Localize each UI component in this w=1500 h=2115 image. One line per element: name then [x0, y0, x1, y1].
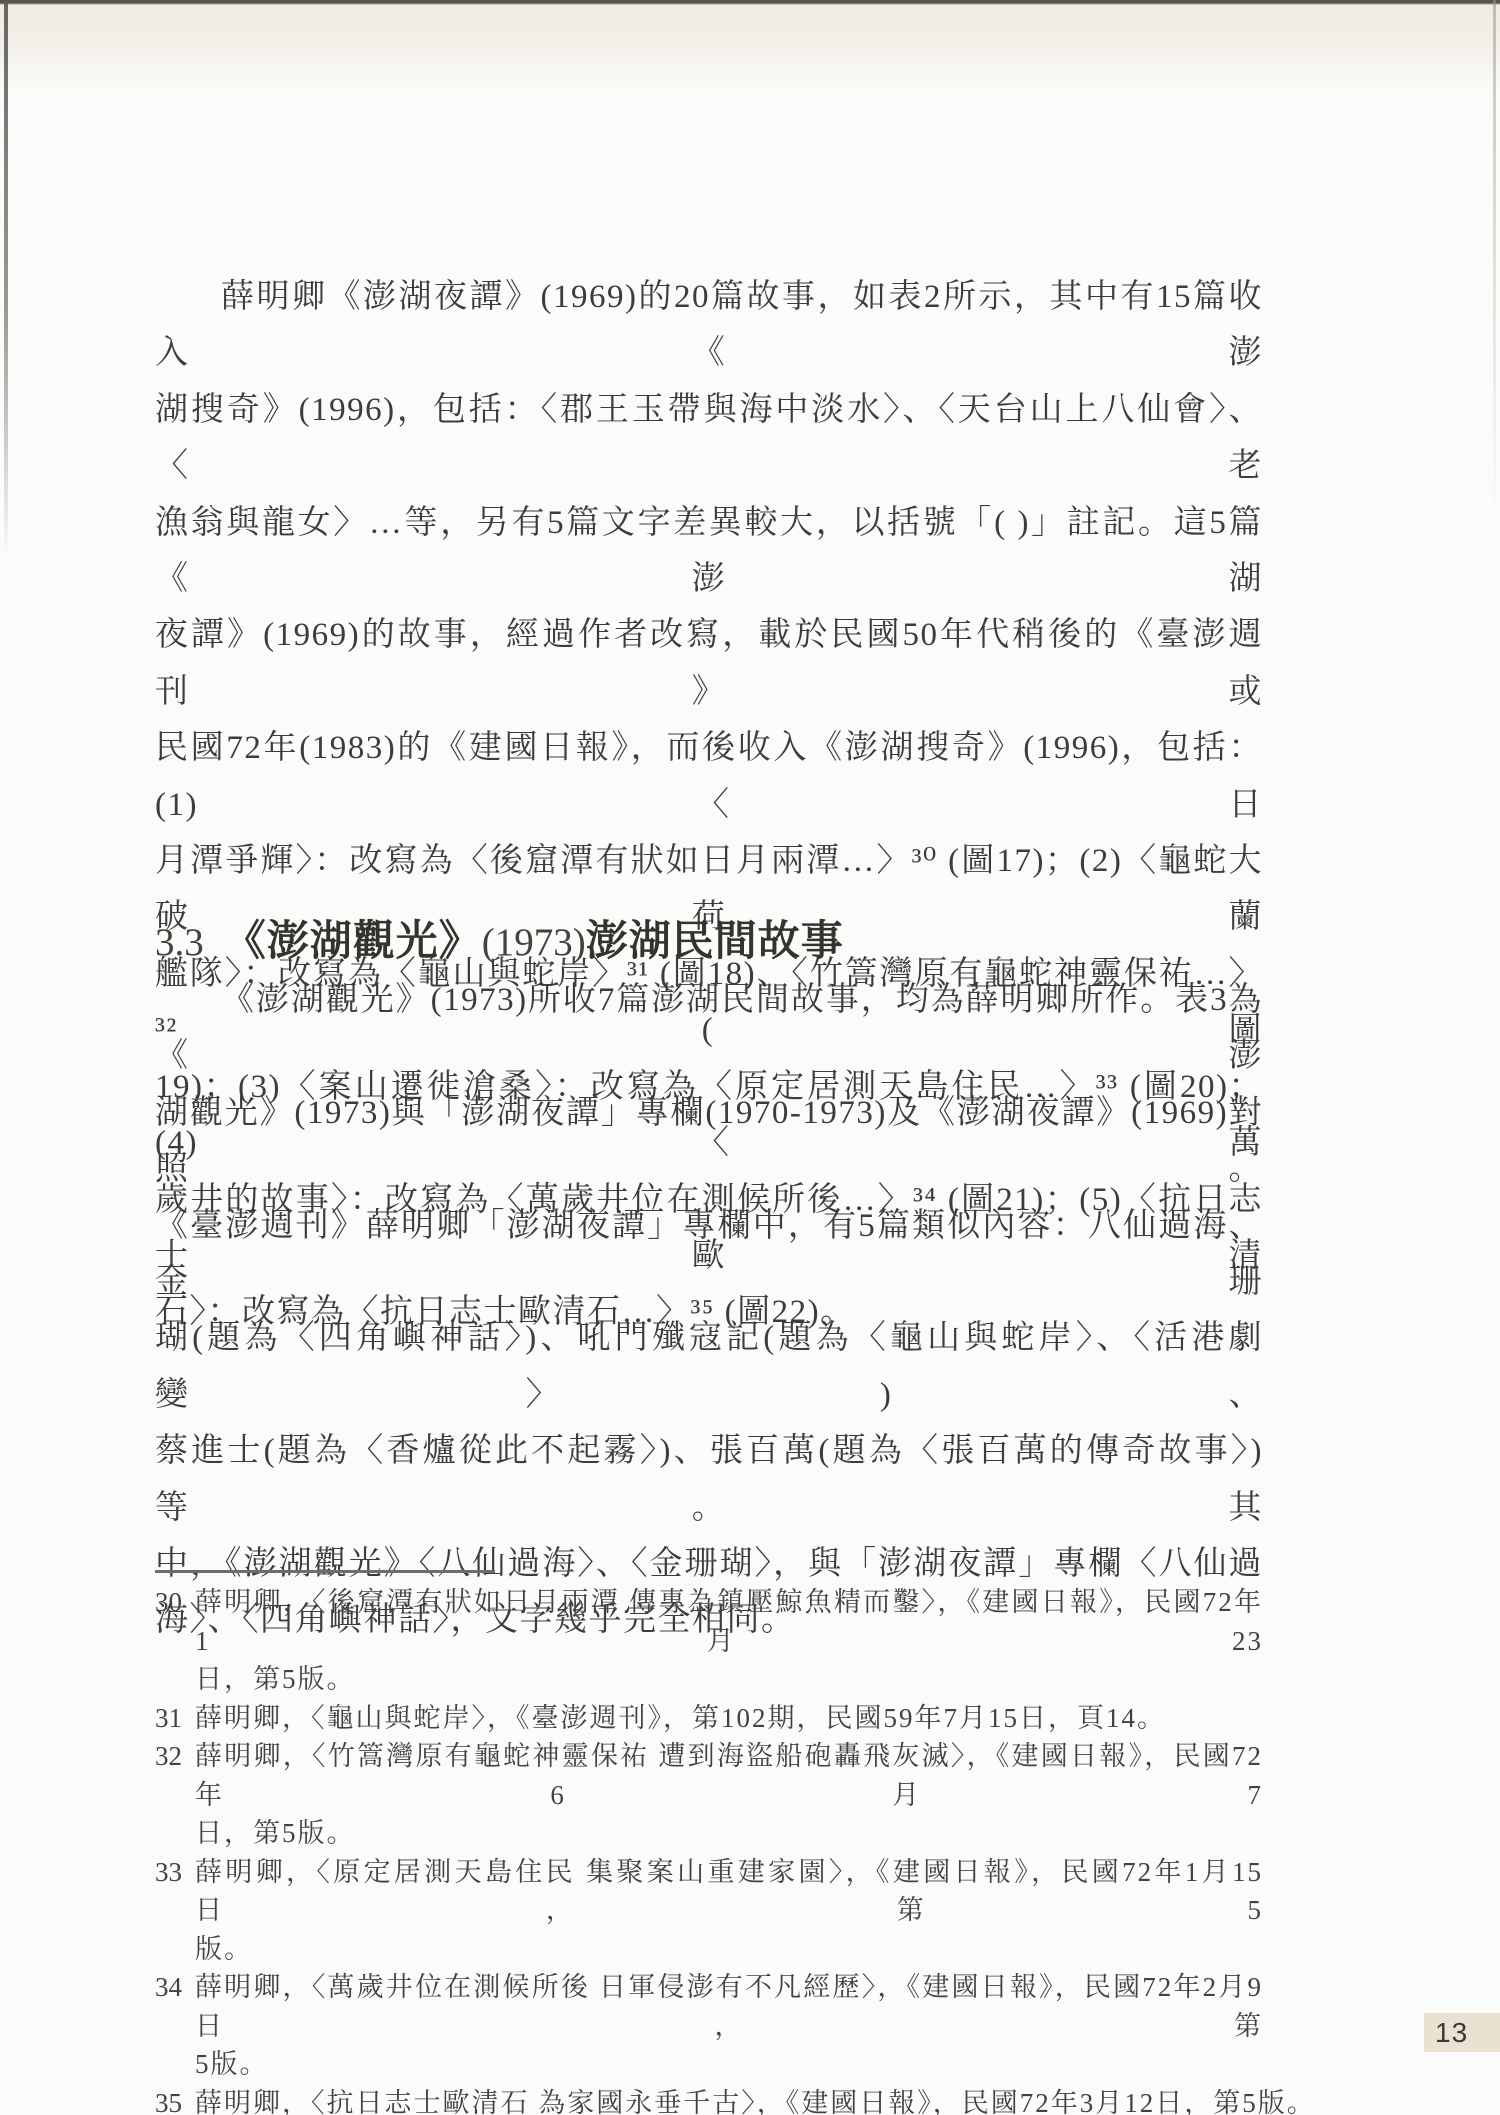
section-number: 3.3: [155, 921, 204, 964]
paragraph-line: 薛明卿《澎湖夜譚》(1969)的20篇故事，如表2所示，其中有15篇收入《澎: [155, 269, 1263, 382]
paragraph-line: 湖搜奇》(1996)，包括：〈郡王玉帶與海中淡水〉、〈天台山上八仙會〉、〈老: [155, 382, 1263, 495]
section-title-book: 《澎湖觀光》: [224, 917, 482, 964]
footnote-item: 35薛明卿，〈抗日志士歐清石 為家國永垂千古〉，《建國日報》，民國72年3月12…: [155, 2084, 1263, 2115]
footnote-item: 31薛明卿，〈龜山與蛇岸〉，《臺澎週刊》，第102期，民國59年7月15日，頁1…: [155, 1699, 1263, 1738]
footnote-number: 35: [155, 2084, 182, 2115]
scan-edge-left: [4, 0, 8, 560]
footnote-text: 薛明卿，〈龜山與蛇岸〉，《臺澎週刊》，第102期，民國59年7月15日，頁14。: [195, 1703, 1166, 1733]
footnote-text: 薛明卿，〈竹篙灣原有龜蛇神靈保祐 遭到海盜船砲轟飛灰滅〉，《建國日報》，民國72…: [195, 1741, 1263, 1810]
paragraph-line: 瑚(題為〈四角嶼神話〉)、吼門殲寇記(題為〈龜山與蛇岸〉、〈活港劇變〉)、: [155, 1310, 1263, 1423]
section-heading: 3.3《澎湖觀光》(1973)澎湖民間故事: [155, 908, 1355, 968]
footnote-item: 32薛明卿，〈竹篙灣原有龜蛇神靈保祐 遭到海盜船砲轟飛灰滅〉，《建國日報》，民國…: [155, 1737, 1263, 1853]
scanned-page: 薛明卿《澎湖夜譚》(1969)的20篇故事，如表2所示，其中有15篇收入《澎湖搜…: [0, 0, 1500, 2115]
footnote-text: 薛明卿，〈後窟潭有狀如日月兩潭 傳專為鎮壓鯨魚精而鑿〉，《建國日報》，民國72年…: [195, 1587, 1263, 1656]
footnote-line: 35薛明卿，〈抗日志士歐清石 為家國永垂千古〉，《建國日報》，民國72年3月12…: [195, 2084, 1263, 2115]
footnote-line: 34薛明卿，〈萬歲井位在測候所後 日軍侵澎有不凡經歷〉，《建國日報》，民國72年…: [195, 1968, 1263, 2045]
scan-edge-right: [1493, 0, 1496, 520]
paragraph-line: 漁翁與龍女〉…等，另有5篇文字差異較大，以括號「( )」註記。這5篇《澎湖: [155, 495, 1263, 608]
footnote-text: 薛明卿，〈原定居測天島住民 集聚案山重建家園〉，《建國日報》，民國72年1月15…: [195, 1857, 1263, 1926]
page-number-badge: 13: [1424, 2013, 1500, 2052]
footnote-line: 33薛明卿，〈原定居測天島住民 集聚案山重建家園〉，《建國日報》，民國72年1月…: [195, 1853, 1263, 1930]
footnote-item: 30薛明卿，〈後窟潭有狀如日月兩潭 傳專為鎮壓鯨魚精而鑿〉，《建國日報》，民國7…: [155, 1583, 1263, 1699]
scan-top-shading: [0, 0, 1500, 95]
footnote-line: 版。: [195, 1930, 1263, 1969]
footnote-number: 32: [155, 1737, 182, 1776]
paragraph-2: 《澎湖觀光》(1973)所收7篇澎湖民間故事，均為薛明卿所作。表3為《澎湖觀光》…: [155, 972, 1263, 1649]
footnote-line: 日，第5版。: [195, 1660, 1263, 1699]
footnote-line: 30薛明卿，〈後窟潭有狀如日月兩潭 傳專為鎮壓鯨魚精而鑿〉，《建國日報》，民國7…: [195, 1583, 1263, 1660]
footnote-number: 34: [155, 1968, 182, 2007]
footnote-line: 31薛明卿，〈龜山與蛇岸〉，《臺澎週刊》，第102期，民國59年7月15日，頁1…: [195, 1699, 1263, 1738]
footnote-line: 32薛明卿，〈竹篙灣原有龜蛇神靈保祐 遭到海盜船砲轟飛灰滅〉，《建國日報》，民國…: [195, 1737, 1263, 1814]
footnotes-list: 30薛明卿，〈後窟潭有狀如日月兩潭 傳專為鎮壓鯨魚精而鑿〉，《建國日報》，民國7…: [155, 1583, 1263, 2115]
paragraph-line: 夜譚》(1969)的故事，經過作者改寫，載於民國50年代稍後的《臺澎週刊》或: [155, 607, 1263, 720]
footnote-separator: [155, 1570, 495, 1573]
scan-edge-top: [0, 0, 1500, 5]
footnote-number: 33: [155, 1853, 182, 1892]
footnote-number: 31: [155, 1699, 182, 1738]
footnote-line: 5版。: [195, 2045, 1263, 2084]
footnote-text: 薛明卿，〈抗日志士歐清石 為家國永垂千古〉，《建國日報》，民國72年3月12日，…: [195, 2088, 1316, 2115]
footnote-text: 薛明卿，〈萬歲井位在測候所後 日軍侵澎有不凡經歷〉，《建國日報》，民國72年2月…: [195, 1972, 1263, 2041]
paragraph-line: 《臺澎週刊》薛明卿「澎湖夜譚」專欄中，有5篇類似內容：八仙過海、金珊: [155, 1198, 1263, 1311]
section-title-rest: 澎湖民間故事: [586, 917, 844, 964]
paragraph-line: 湖觀光》(1973)與「澎湖夜譚」專欄(1970-1973)及《澎湖夜譚》(19…: [155, 1085, 1263, 1198]
page-number: 13: [1424, 2017, 1468, 2049]
footnote-item: 33薛明卿，〈原定居測天島住民 集聚案山重建家園〉，《建國日報》，民國72年1月…: [155, 1853, 1263, 1969]
footnote-line: 日，第5版。: [195, 1814, 1263, 1853]
section-title-year: (1973): [482, 921, 586, 964]
paragraph-line: 民國72年(1983)的《建國日報》，而後收入《澎湖搜奇》(1996)，包括：(…: [155, 720, 1263, 833]
footnote-number: 30: [155, 1583, 182, 1622]
paragraph-line: 《澎湖觀光》(1973)所收7篇澎湖民間故事，均為薛明卿所作。表3為《澎: [155, 972, 1263, 1085]
footnote-item: 34薛明卿，〈萬歲井位在測候所後 日軍侵澎有不凡經歷〉，《建國日報》，民國72年…: [155, 1968, 1263, 2084]
paragraph-line: 蔡進士(題為〈香爐從此不起霧〉)、張百萬(題為〈張百萬的傳奇故事〉)等。其: [155, 1423, 1263, 1536]
